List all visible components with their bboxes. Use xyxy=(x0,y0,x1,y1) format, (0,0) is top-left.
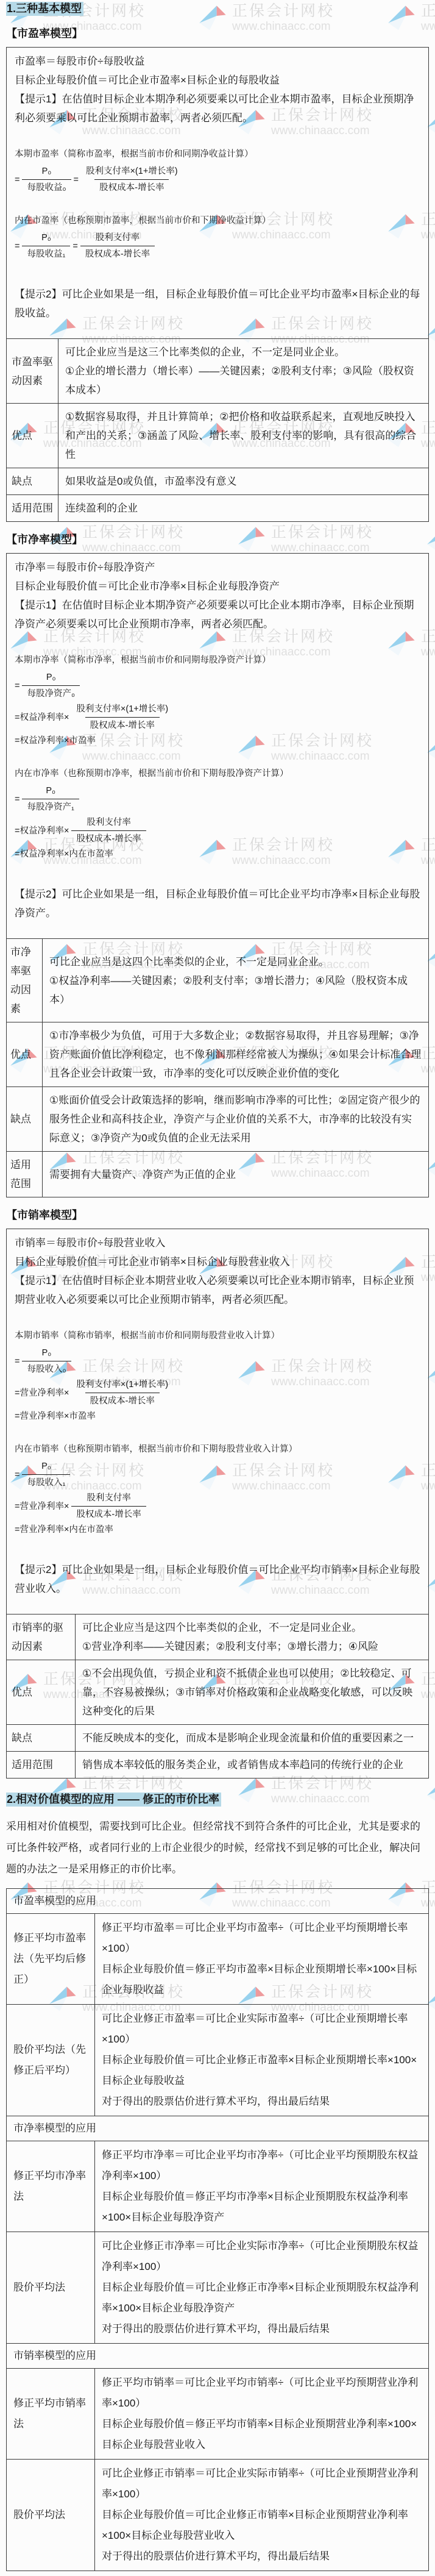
formula-text: = xyxy=(15,1355,19,1368)
model-section: 【市盈率模型】市盈率＝每股市价÷每股收益目标企业每股价值＝可比企业市盈率×目标企… xyxy=(6,26,429,522)
formula-line: =营业净利率×市盈率 xyxy=(15,1410,420,1422)
formula-fraction: 股利支付率股权成本-增长率 xyxy=(80,232,155,260)
table-row: 缺点①账面价值受会计政策选择的影响，继而影响市净率的可比性；②固定资产很少的服务… xyxy=(7,1087,428,1152)
row-label: 市销率的驱动因素 xyxy=(7,1614,76,1660)
fraction-denominator: 股权成本-增长率 xyxy=(85,717,160,732)
formula-line: =P₀每股收入₁ xyxy=(15,1460,420,1489)
app-row: 修正平均市销率法修正平均市销率＝可比企业平均市销率÷（可比企业平均预期营业净利率… xyxy=(7,2369,429,2460)
intro-line: 市盈率＝每股市价÷每股收益 xyxy=(15,52,420,71)
formula-line: =营业净利率×股利支付率×(1+增长率)股权成本-增长率 xyxy=(15,1379,420,1407)
row-label: 适用范围 xyxy=(7,1152,43,1197)
formula-fraction: 股利支付率股权成本-增长率 xyxy=(71,816,146,845)
app-row-content-line: 目标企业每股价值＝修正平均市净率×目标企业预期股东权益净利率×100×目标企业每… xyxy=(102,2186,422,2228)
row-label: 适用范围 xyxy=(7,495,58,522)
row-content: 可比企业应当是这四个比率类似的企业，不一定是同业企业。①营业净利率——关键因素；… xyxy=(76,1614,429,1660)
formula-fraction: P₀每股收入₁ xyxy=(22,1460,70,1489)
app-header-row: 市销率模型的应用 xyxy=(7,2344,429,2369)
app-row-label: 修正平均市盈率法（先平均后修正） xyxy=(7,1914,95,2005)
formula-text: = xyxy=(15,174,19,186)
fraction-numerator: 股利支付率×(1+增长率) xyxy=(71,703,173,717)
fraction-numerator: P₀ xyxy=(37,1347,57,1361)
fraction-denominator: 股权成本-增长率 xyxy=(71,1506,146,1521)
row-content: ①数据容易取得，并且计算简单；②把价格和收益联系起来，直观地反映投入和产出的关系… xyxy=(58,404,429,468)
formula-line: =营业净利率×内在市盈率 xyxy=(15,1524,420,1536)
model-table-body: 市净率驱动因素可比企业应当是这四个比率类似的企业，不一定是同业企业。①权益净利率… xyxy=(7,939,428,1197)
row-content-line: 可比企业应当是这三个比率类似的企业，不一定是同业企业。 xyxy=(65,343,422,362)
model-box: 市销率＝每股市价÷每股营业收入目标企业每股价值＝可比企业市销率×目标企业每股营业… xyxy=(6,1229,429,1779)
formula-fraction: 股利支付率×(1+增长率)股权成本-增长率 xyxy=(81,165,183,194)
formula-line: =P₀每股收入₀ xyxy=(15,1347,420,1375)
app-section-header: 市盈率模型的应用 xyxy=(7,1889,429,1914)
formula-text: =营业净利率× xyxy=(15,1500,69,1513)
row-content: 销售成本率较低的服务类企业，或者销售成本率趋同的传统行业的企业 xyxy=(76,1752,429,1779)
formula-label: 内在市盈率（也称预期市盈率，根据当前市价和下期净收益计算） xyxy=(15,215,420,227)
fraction-numerator: P₀ xyxy=(37,1460,56,1474)
app-row-label: 修正平均市净率法 xyxy=(7,2141,95,2232)
app-row-content: 修正平均市盈率＝可比企业平均市盈率÷（可比企业平均预期增长率×100）目标企业每… xyxy=(95,1914,429,2005)
app-row: 股价平均法可比企业修正市净率＝可比企业实际市净率÷（可比企业预期股东权益净利率×… xyxy=(7,2232,429,2344)
formula-fraction: P₀每股收入₀ xyxy=(22,1347,71,1375)
tip2-paragraph: 【提示2】可比企业如果是一组，目标企业每股价值＝可比企业平均市净率×目标企业每股… xyxy=(15,885,420,922)
formula-label: 本期市盈率（简称市盈率，根据当前市价和同期净收益计算） xyxy=(15,148,420,161)
formula-line: =P₀每股净资产₁ xyxy=(15,785,420,813)
intro-line: 【提示1】在估值时目标企业本期营业收入必须要乘以可比企业本期市销率，目标企业预期… xyxy=(15,1271,420,1309)
formula-text: =营业净利率× xyxy=(15,1387,69,1399)
app-row-content: 修正平均市销率＝可比企业平均市销率÷（可比企业平均预期营业净利率×100）目标企… xyxy=(95,2369,429,2460)
app-row-content-line: 对于得出的股票估价进行算术平均，得出最后结果 xyxy=(102,2546,422,2567)
app-row: 股价平均法（先修正后平均）可比企业修正市盈率＝可比企业实际市盈率÷（可比企业预期… xyxy=(7,2005,429,2116)
app-row: 修正平均市盈率法（先平均后修正）修正平均市盈率＝可比企业平均市盈率÷（可比企业平… xyxy=(7,1914,429,2005)
row-label: 缺点 xyxy=(7,468,58,495)
row-content-line: 销售成本率较低的服务类企业，或者销售成本率趋同的传统行业的企业 xyxy=(82,1755,422,1774)
table-row: 适用范围需要拥有大量资产、净资产为正值的企业 xyxy=(7,1152,428,1197)
model-box-body: 市净率＝每股市价÷每股净资产目标企业每股价值＝可比企业市净率×目标企业每股净资产… xyxy=(7,554,428,932)
row-content-line: 如果收益是0或负值，市盈率没有意义 xyxy=(65,472,422,491)
fraction-numerator: P₀ xyxy=(37,232,56,246)
app-row-content-line: 修正平均市销率＝可比企业平均市销率÷（可比企业平均预期营业净利率×100） xyxy=(102,2372,422,2414)
formula-text: =权益净利率×市盈率 xyxy=(15,735,96,747)
row-content: ①账面价值受会计政策选择的影响，继而影响市净率的可比性；②固定资产很少的服务性企… xyxy=(43,1087,429,1152)
app-row-content-line: 对于得出的股票估价进行算术平均，得出最后结果 xyxy=(102,2091,422,2112)
model-table: 市盈率驱动因素可比企业应当是这三个比率类似的企业，不一定是同业企业。①企业的增长… xyxy=(7,338,428,521)
formula-text: =权益净利率× xyxy=(15,825,69,837)
model-sections: 【市盈率模型】市盈率＝每股市价÷每股收益目标企业每股价值＝可比企业市盈率×目标企… xyxy=(6,26,429,1779)
formula-text: =营业净利率×内在市盈率 xyxy=(15,1524,113,1536)
table-row: 适用范围连续盈利的企业 xyxy=(7,495,428,522)
app-row-content-line: 可比企业修正市盈率＝可比企业实际市盈率÷（可比企业预期增长率×100） xyxy=(102,2008,422,2050)
fraction-denominator: 每股收入₁ xyxy=(22,1474,70,1489)
fraction-numerator: 股利支付率 xyxy=(91,232,145,246)
formula-line: =P₀每股收益₀=股利支付率×(1+增长率)股权成本-增长率 xyxy=(15,165,420,194)
model-table: 市净率驱动因素可比企业应当是这四个比率类似的企业，不一定是同业企业。①权益净利率… xyxy=(7,938,428,1197)
formula-line: =P₀每股收益₁=股利支付率股权成本-增长率 xyxy=(15,232,420,260)
app-row: 修正平均市净率法修正平均市净率＝可比企业平均市净率÷（可比企业平均预期股东权益净… xyxy=(7,2141,429,2232)
formula-block: 内在市盈率（也称预期市盈率，根据当前市价和下期净收益计算）=P₀每股收益₁=股利… xyxy=(15,215,420,260)
model-box-body: 市销率＝每股市价÷每股营业收入目标企业每股价值＝可比企业市销率×目标企业每股营业… xyxy=(7,1229,428,1608)
row-label: 市盈率驱动因素 xyxy=(7,339,58,404)
tip2-paragraph: 【提示2】可比企业如果是一组，目标企业每股价值＝可比企业平均市销率×目标企业每股… xyxy=(15,1560,420,1598)
app-row-content: 修正平均市净率＝可比企业平均市净率÷（可比企业平均预期股东权益净利率×100）目… xyxy=(95,2141,429,2232)
row-label: 适用范围 xyxy=(7,1752,76,1779)
fraction-denominator: 股权成本-增长率 xyxy=(85,1393,160,1407)
model-box: 市净率＝每股市价÷每股净资产目标企业每股价值＝可比企业市净率×目标企业每股净资产… xyxy=(6,553,429,1197)
intro-line: 目标企业每股价值＝可比企业市销率×目标企业每股营业收入 xyxy=(15,1252,420,1271)
row-content-line: 可比企业应当是这四个比率类似的企业，不一定是同业企业。 xyxy=(49,952,422,971)
row-content-line: ①权益净利率——关键因素；②股利支付率；③增长潜力；④风险（股权资本成本） xyxy=(49,971,422,1009)
fraction-denominator: 每股净资产₀ xyxy=(22,685,80,700)
table-row: 适用范围销售成本率较低的服务类企业，或者销售成本率趋同的传统行业的企业 xyxy=(7,1752,428,1779)
section-2-heading-highlight: 2.相对价值模型的应用 —— 修正的市价比率 xyxy=(6,1793,221,1807)
formula-line: =权益净利率×股利支付率股权成本-增长率 xyxy=(15,816,420,845)
app-section-header: 市销率模型的应用 xyxy=(7,2344,429,2369)
formula-fraction: 股利支付率×(1+增长率)股权成本-增长率 xyxy=(71,703,173,732)
fraction-numerator: P₀ xyxy=(41,671,61,685)
fraction-numerator: 股利支付率 xyxy=(82,1492,136,1506)
row-content: 可比企业应当是这四个比率类似的企业，不一定是同业企业。①权益净利率——关键因素；… xyxy=(43,939,429,1022)
app-header-row: 市盈率模型的应用 xyxy=(7,1889,429,1914)
fraction-denominator: 每股收益₁ xyxy=(22,246,70,260)
row-label: 优点 xyxy=(7,1022,43,1087)
formula-block: 内在市销率（也称预期市销率，根据当前市价和下期每股营业收入计算）=P₀每股收入₁… xyxy=(15,1443,420,1536)
app-row-content: 可比企业修正市销率＝可比企业实际市销率÷（可比企业预期营业净利率×100）目标企… xyxy=(95,2460,429,2571)
app-row-label: 股价平均法 xyxy=(7,2460,95,2571)
model-title: 【市销率模型】 xyxy=(6,1208,429,1222)
app-row-content-line: 目标企业每股价值＝修正平均市销率×目标企业预期营业净利率×100×目标企业每股营… xyxy=(102,2414,422,2455)
formula-text: = xyxy=(15,240,19,252)
row-content-line: ①市净率极少为负值，可用于大多数企业；②数据容易取得，并且容易理解；③净资产账面… xyxy=(49,1026,422,1083)
app-row-content-line: 目标企业每股价值＝修正平均市盈率×目标企业预期增长率×100×目标企业每股收益 xyxy=(102,1959,422,2000)
intro-line: 目标企业每股价值＝可比企业市净率×目标企业每股净资产 xyxy=(15,577,420,596)
section-2-heading: 2.相对价值模型的应用 —— 修正的市价比率 xyxy=(6,1792,429,1807)
intro-line: 【提示1】在估值时目标企业本期净资产必须要乘以可比企业本期市净率，目标企业预期净… xyxy=(15,596,420,633)
row-label: 市净率驱动因素 xyxy=(7,939,43,1022)
formula-line: =P₀每股净资产₀ xyxy=(15,671,420,700)
intro-line: 市净率＝每股市价÷每股净资产 xyxy=(15,558,420,577)
fraction-numerator: 股利支付率×(1+增长率) xyxy=(71,1379,173,1393)
formula-fraction: P₀每股收益₁ xyxy=(22,232,70,260)
fraction-numerator: P₀ xyxy=(41,785,60,799)
model-section: 【市销率模型】市销率＝每股市价÷每股营业收入目标企业每股价值＝可比企业市销率×目… xyxy=(6,1208,429,1779)
app-header-row: 市净率模型的应用 xyxy=(7,2116,429,2141)
formula-text: =权益净利率× xyxy=(15,712,69,724)
intro-line: 市销率＝每股市价÷每股营业收入 xyxy=(15,1233,420,1252)
model-box-body: 市盈率＝每股市价÷每股收益目标企业每股价值＝可比企业市盈率×目标企业的每股收益【… xyxy=(7,48,428,332)
table-row: 优点①数据容易取得，并且计算简单；②把价格和收益联系起来，直观地反映投入和产出的… xyxy=(7,404,428,468)
fraction-denominator: 每股收益₀ xyxy=(22,179,71,194)
table-row: 市净率驱动因素可比企业应当是这四个比率类似的企业，不一定是同业企业。①权益净利率… xyxy=(7,939,428,1022)
fraction-numerator: 股利支付率 xyxy=(82,816,136,830)
formula-label: 内在市销率（也称预期市销率，根据当前市价和下期每股营业收入计算） xyxy=(15,1443,420,1456)
app-row-content-line: 修正平均市净率＝可比企业平均市净率÷（可比企业平均预期股东权益净利率×100） xyxy=(102,2145,422,2186)
app-section-header: 市净率模型的应用 xyxy=(7,2116,429,2141)
intro-line: 【提示1】在估值时目标企业本期净利必须要乘以可比企业本期市盈率，目标企业预期净利… xyxy=(15,90,420,127)
formula-label: 内在市净率（也称预期市净率，根据当前市价和下期每股净资产计算） xyxy=(15,768,420,780)
table-row: 缺点不能反映成本的变化，而成本是影响企业现金流量和价值的重要因素之一 xyxy=(7,1725,428,1752)
fraction-denominator: 每股净资产₁ xyxy=(22,799,79,813)
section-1-heading: 1.三种基本模型 xyxy=(6,1,429,16)
formula-text: =权益净利率×内在市盈率 xyxy=(15,848,113,860)
app-row-content-line: 目标企业每股价值＝可比企业修正市销率×目标企业预期营业净利率×100×目标企业每… xyxy=(102,2505,422,2546)
formula-block: 本期市盈率（简称市盈率，根据当前市价和同期净收益计算）=P₀每股收益₀=股利支付… xyxy=(15,148,420,194)
row-label: 缺点 xyxy=(7,1087,43,1152)
row-label: 缺点 xyxy=(7,1725,76,1752)
intro-line: 目标企业每股价值＝可比企业市盈率×目标企业的每股收益 xyxy=(15,71,420,90)
formula-block: 本期市净率（简称市净率，根据当前市价和同期每股净资产计算）=P₀每股净资产₀=权… xyxy=(15,654,420,747)
formula-block: 内在市净率（也称预期市净率，根据当前市价和下期每股净资产计算）=P₀每股净资产₁… xyxy=(15,768,420,860)
document-content: 1.三种基本模型 【市盈率模型】市盈率＝每股市价÷每股收益目标企业每股价值＝可比… xyxy=(0,0,435,2576)
row-content-line: 连续盈利的企业 xyxy=(65,499,422,518)
formula-text: = xyxy=(15,1469,19,1481)
table-row: 优点①市净率极少为负值，可用于大多数企业；②数据容易取得，并且容易理解；③净资产… xyxy=(7,1022,428,1087)
row-content: 如果收益是0或负值，市盈率没有意义 xyxy=(58,468,429,495)
formula-block: 本期市销率（简称市销率，根据当前市价和同期每股营业收入计算）=P₀每股收入₀=营… xyxy=(15,1330,420,1422)
row-content-line: ①企业的增长潜力（增长率）——关键因素；②股利支付率；③风险（股权资本成本） xyxy=(65,362,422,399)
row-content: 需要拥有大量资产、净资产为正值的企业 xyxy=(43,1152,429,1197)
formula-text: = xyxy=(15,793,19,805)
model-title: 【市盈率模型】 xyxy=(6,26,429,41)
formula-label: 本期市净率（简称市净率，根据当前市价和同期每股净资产计算） xyxy=(15,654,420,667)
model-table-body: 市销率的驱动因素可比企业应当是这四个比率类似的企业，不一定是同业企业。①营业净利… xyxy=(7,1614,428,1779)
app-row-label: 股价平均法（先修正后平均） xyxy=(7,2005,95,2116)
app-row-content-line: 修正平均市盈率＝可比企业平均市盈率÷（可比企业平均预期增长率×100） xyxy=(102,1918,422,1959)
model-table-body: 市盈率驱动因素可比企业应当是这三个比率类似的企业，不一定是同业企业。①企业的增长… xyxy=(7,339,428,522)
applications-table: 市盈率模型的应用修正平均市盈率法（先平均后修正）修正平均市盈率＝可比企业平均市盈… xyxy=(6,1888,429,2571)
table-row: 优点①不会出现负值，亏损企业和资不抵债企业也可以使用；②比较稳定、可靠，不容易被… xyxy=(7,1660,428,1725)
row-content-line: ①营业净利率——关键因素；②股利支付率；③增长潜力；④风险 xyxy=(82,1637,422,1656)
section-2-intro-paragraph: 采用相对价值模型，需要找到可比企业。但经常找不到符合条件的可比企业，尤其是要求的… xyxy=(6,1816,429,1880)
app-row-content: 可比企业修正市盈率＝可比企业实际市盈率÷（可比企业预期增长率×100）目标企业每… xyxy=(95,2005,429,2116)
app-row-content-line: 可比企业修正市销率＝可比企业实际市销率÷（可比企业预期营业净利率×100） xyxy=(102,2463,422,2505)
section-1-heading-highlight: 1.三种基本模型 xyxy=(6,2,83,16)
row-content-line: ①不会出现负值，亏损企业和资不抵债企业也可以使用；②比较稳定、可靠，不容易被操纵… xyxy=(82,1664,422,1721)
formula-line: =营业净利率×股利支付率股权成本-增长率 xyxy=(15,1492,420,1521)
fraction-denominator: 股权成本-增长率 xyxy=(94,179,169,194)
model-table: 市销率的驱动因素可比企业应当是这四个比率类似的企业，不一定是同业企业。①营业净利… xyxy=(7,1614,428,1778)
formula-line: =权益净利率×内在市盈率 xyxy=(15,848,420,860)
formula-fraction: P₀每股净资产₁ xyxy=(22,785,79,813)
tip2-paragraph: 【提示2】可比企业如果是一组，目标企业每股价值＝可比企业平均市盈率×目标企业的每… xyxy=(15,285,420,323)
table-row: 市销率的驱动因素可比企业应当是这四个比率类似的企业，不一定是同业企业。①营业净利… xyxy=(7,1614,428,1660)
formula-text: = xyxy=(72,240,77,252)
row-content: 不能反映成本的变化，而成本是影响企业现金流量和价值的重要因素之一 xyxy=(76,1725,429,1752)
row-content-line: 可比企业应当是这四个比率类似的企业，不一定是同业企业。 xyxy=(82,1618,422,1637)
model-box: 市盈率＝每股市价÷每股收益目标企业每股价值＝可比企业市盈率×目标企业的每股收益【… xyxy=(6,47,429,522)
app-row-content: 可比企业修正市净率＝可比企业实际市净率÷（可比企业预期股东权益净利率×100）目… xyxy=(95,2232,429,2344)
app-row-content-line: 目标企业每股价值＝可比企业修正市净率×目标企业预期股东权益净利率×100×目标企… xyxy=(102,2277,422,2319)
row-content: ①不会出现负值，亏损企业和资不抵债企业也可以使用；②比较稳定、可靠，不容易被操纵… xyxy=(76,1660,429,1725)
app-row-label: 股价平均法 xyxy=(7,2232,95,2344)
formula-line: =权益净利率×市盈率 xyxy=(15,735,420,747)
row-label: 优点 xyxy=(7,1660,76,1725)
row-content-line: ①账面价值受会计政策选择的影响，继而影响市净率的可比性；②固定资产很少的服务性企… xyxy=(49,1091,422,1147)
app-row-content-line: 对于得出的股票估价进行算术平均，得出最后结果 xyxy=(102,2319,422,2339)
row-content-line: ①数据容易取得，并且计算简单；②把价格和收益联系起来，直观地反映投入和产出的关系… xyxy=(65,407,422,464)
formula-fraction: 股利支付率×(1+增长率)股权成本-增长率 xyxy=(71,1379,173,1407)
fraction-numerator: P₀ xyxy=(37,165,57,179)
row-content-line: 不能反映成本的变化，而成本是影响企业现金流量和价值的重要因素之一 xyxy=(82,1729,422,1747)
row-content: 可比企业应当是这三个比率类似的企业，不一定是同业企业。①企业的增长潜力（增长率）… xyxy=(58,339,429,404)
row-content: 连续盈利的企业 xyxy=(58,495,429,522)
row-content: ①市净率极少为负值，可用于大多数企业；②数据容易取得，并且容易理解；③净资产账面… xyxy=(43,1022,429,1087)
row-content-line: 需要拥有大量资产、净资产为正值的企业 xyxy=(49,1165,422,1184)
formula-fraction: P₀每股净资产₀ xyxy=(22,671,80,700)
formula-line: =权益净利率×股利支付率×(1+增长率)股权成本-增长率 xyxy=(15,703,420,732)
formula-text: = xyxy=(74,174,79,186)
table-row: 市盈率驱动因素可比企业应当是这三个比率类似的企业，不一定是同业企业。①企业的增长… xyxy=(7,339,428,404)
fraction-numerator: 股利支付率×(1+增长率) xyxy=(81,165,183,179)
fraction-denominator: 股权成本-增长率 xyxy=(80,246,155,260)
formula-text: = xyxy=(15,680,19,692)
row-label: 优点 xyxy=(7,404,58,468)
app-row-content-line: 可比企业修正市净率＝可比企业实际市净率÷（可比企业预期股东权益净利率×100） xyxy=(102,2236,422,2277)
formula-label: 本期市销率（简称市销率，根据当前市价和同期每股营业收入计算） xyxy=(15,1330,420,1343)
model-title: 【市净率模型】 xyxy=(6,532,429,547)
formula-text: =营业净利率×市盈率 xyxy=(15,1410,96,1422)
model-section: 【市净率模型】市净率＝每股市价÷每股净资产目标企业每股价值＝可比企业市净率×目标… xyxy=(6,532,429,1197)
formula-fraction: P₀每股收益₀ xyxy=(22,165,71,194)
app-row: 股价平均法可比企业修正市销率＝可比企业实际市销率÷（可比企业预期营业净利率×10… xyxy=(7,2460,429,2571)
app-row-label: 修正平均市销率法 xyxy=(7,2369,95,2460)
fraction-denominator: 每股收入₀ xyxy=(22,1361,71,1375)
fraction-denominator: 股权成本-增长率 xyxy=(71,830,146,845)
document-page: 正保会计网校www.chinaacc.com正保会计网校www.chinaacc… xyxy=(0,0,435,2576)
formula-fraction: 股利支付率股权成本-增长率 xyxy=(71,1492,146,1521)
table-row: 缺点如果收益是0或负值，市盈率没有意义 xyxy=(7,468,428,495)
app-row-content-line: 目标企业每股价值＝可比企业修正市盈率×目标企业预期增长率×100×目标企业每股收… xyxy=(102,2050,422,2091)
